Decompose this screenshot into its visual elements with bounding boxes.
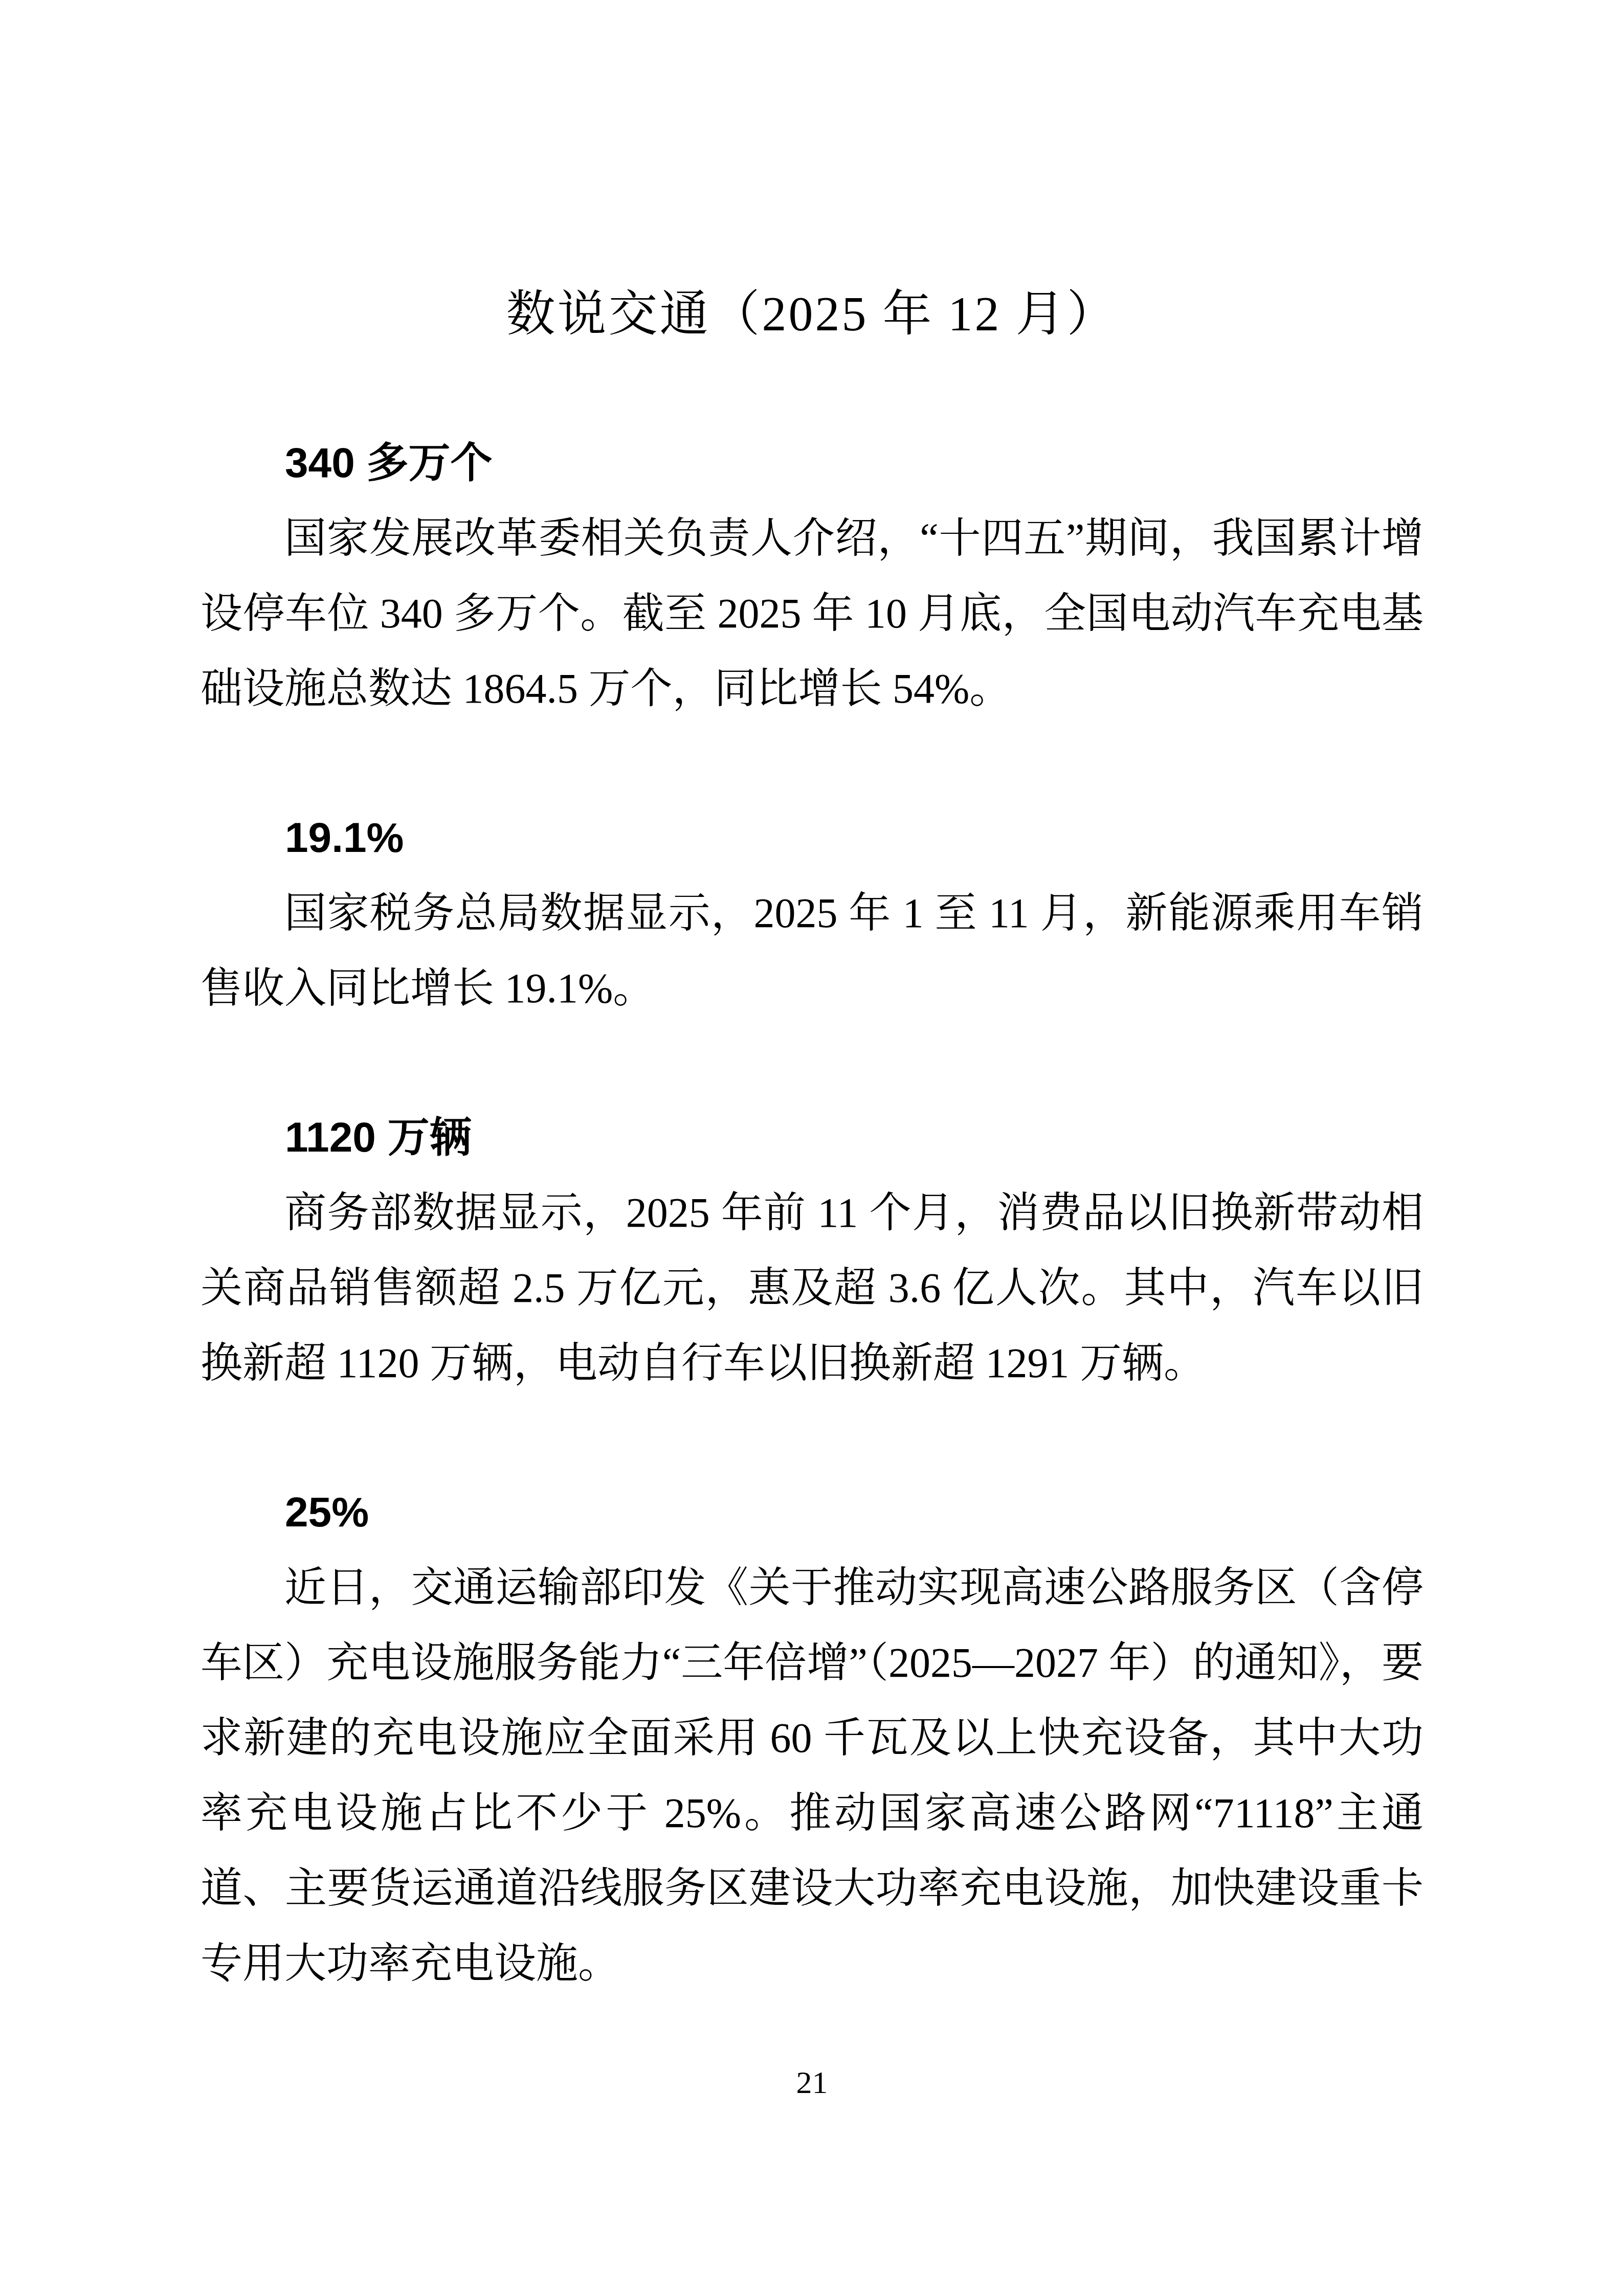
document-page: 数说交通（2025 年 12 月） 340 多万个 国家发展改革委相关负责人介绍… [0, 0, 1624, 2296]
section-paragraph: 商务部数据显示，2025 年前 11 个月，消费品以旧换新带动相关商品销售额超 … [201, 1175, 1423, 1401]
section-heading: 19.1% [201, 800, 1423, 875]
section-1120: 1120 万辆 商务部数据显示，2025 年前 11 个月，消费品以旧换新带动相… [201, 1100, 1423, 1401]
section-340: 340 多万个 国家发展改革委相关负责人介绍，“十四五”期间，我国累计增设停车位… [201, 425, 1423, 726]
section-heading: 1120 万辆 [201, 1100, 1423, 1175]
page-number: 21 [0, 2065, 1624, 2101]
section-heading: 340 多万个 [201, 425, 1423, 501]
section-19-1-percent: 19.1% 国家税务总局数据显示，2025 年 1 至 11 月，新能源乘用车销… [201, 800, 1423, 1026]
section-paragraph: 国家税务总局数据显示，2025 年 1 至 11 月，新能源乘用车销售收入同比增… [201, 875, 1423, 1026]
section-heading: 25% [201, 1475, 1423, 1550]
page-title: 数说交通（2025 年 12 月） [201, 276, 1423, 351]
section-25-percent: 25% 近日，交通运输部印发《关于推动实现高速公路服务区（含停车区）充电设施服务… [201, 1475, 1423, 2001]
section-paragraph: 近日，交通运输部印发《关于推动实现高速公路服务区（含停车区）充电设施服务能力“三… [201, 1550, 1423, 2001]
section-paragraph: 国家发展改革委相关负责人介绍，“十四五”期间，我国累计增设停车位 340 多万个… [201, 501, 1423, 726]
